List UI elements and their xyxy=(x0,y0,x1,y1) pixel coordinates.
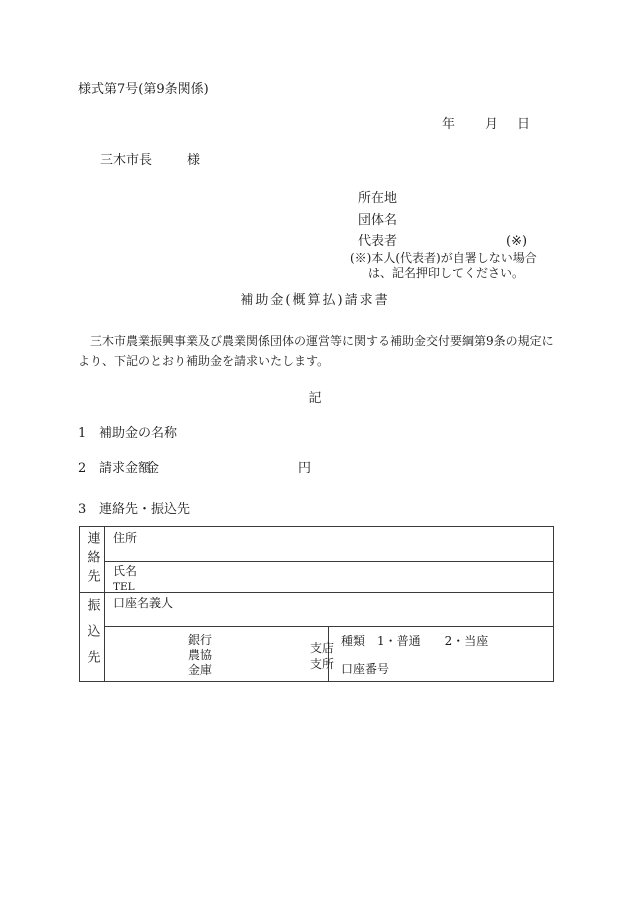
body-paragraph-line2: より、下記のとおり補助金を請求いたします。 xyxy=(78,354,329,369)
branch-office-option-label: 支所 xyxy=(310,656,334,672)
item3-label: 連絡先・振込先 xyxy=(99,502,190,517)
addressee-honorific: 様 xyxy=(187,153,200,168)
contact-transfer-table: 連絡先 振込先 住所 氏名 TEL 口座名義人 銀行 農協 金庫 支店 支所 種… xyxy=(79,526,554,682)
item1-number: 1 xyxy=(78,426,86,441)
coop-option-label: 農協 xyxy=(188,648,212,663)
applicant-organization-label: 団体名 xyxy=(358,213,397,228)
table-label-column-divider xyxy=(104,527,105,681)
address-label: 住所 xyxy=(113,531,137,546)
tel-label: TEL xyxy=(113,581,135,594)
name-label: 氏名 xyxy=(113,564,137,579)
date-day-label: 日 xyxy=(517,117,530,132)
applicant-location-label: 所在地 xyxy=(358,191,397,206)
item3-number: 3 xyxy=(78,502,86,517)
date-month-label: 月 xyxy=(485,117,498,132)
account-type-label: 種類 1・普通 2・当座 xyxy=(341,634,488,649)
date-year-label: 年 xyxy=(442,117,455,132)
seal-note-line2: は、記名押印してください。 xyxy=(368,266,524,281)
item1-label: 補助金の名称 xyxy=(99,426,177,441)
subsidy-request-form-page: 様式第7号(第9条関係) 年 月 日 三木市長 様 所在地 団体名 代表者 (※… xyxy=(0,0,630,903)
account-holder-label: 口座名義人 xyxy=(113,596,173,611)
addressee-name: 三木市長 xyxy=(100,153,152,168)
form-number: 様式第7号(第9条関係) xyxy=(78,82,209,97)
table-row-divider-address-name xyxy=(104,561,553,562)
item2-number: 2 xyxy=(78,461,86,476)
account-number-label: 口座番号 xyxy=(341,662,389,677)
treasury-option-label: 金庫 xyxy=(188,663,212,678)
bank-option-label: 銀行 xyxy=(188,633,212,648)
item2-label: 請求金額 xyxy=(99,461,151,476)
bank-type-options: 銀行 農協 金庫 xyxy=(188,633,212,678)
contact-group-label: 連絡先 xyxy=(80,527,104,592)
transfer-group-label: 振込先 xyxy=(80,592,104,681)
item2-currency-prefix: 金 xyxy=(146,461,159,476)
table-section-divider xyxy=(80,592,553,593)
body-paragraph-line1: 三木市農業振興事業及び農業関係団体の運営等に関する補助金交付要綱第9条の規定に xyxy=(78,334,554,349)
seal-note-line1: (※)本人(代表者)が自署しない場合 xyxy=(350,251,537,266)
seal-mark: (※) xyxy=(506,234,527,249)
record-mark: 記 xyxy=(0,391,630,406)
branch-option-label: 支店 xyxy=(310,640,334,656)
document-title: 補助金(概算払)請求書 xyxy=(0,293,630,308)
branch-type-options: 支店 支所 xyxy=(310,640,334,672)
item2-currency-suffix: 円 xyxy=(298,461,311,476)
applicant-representative-label: 代表者 xyxy=(358,234,397,249)
